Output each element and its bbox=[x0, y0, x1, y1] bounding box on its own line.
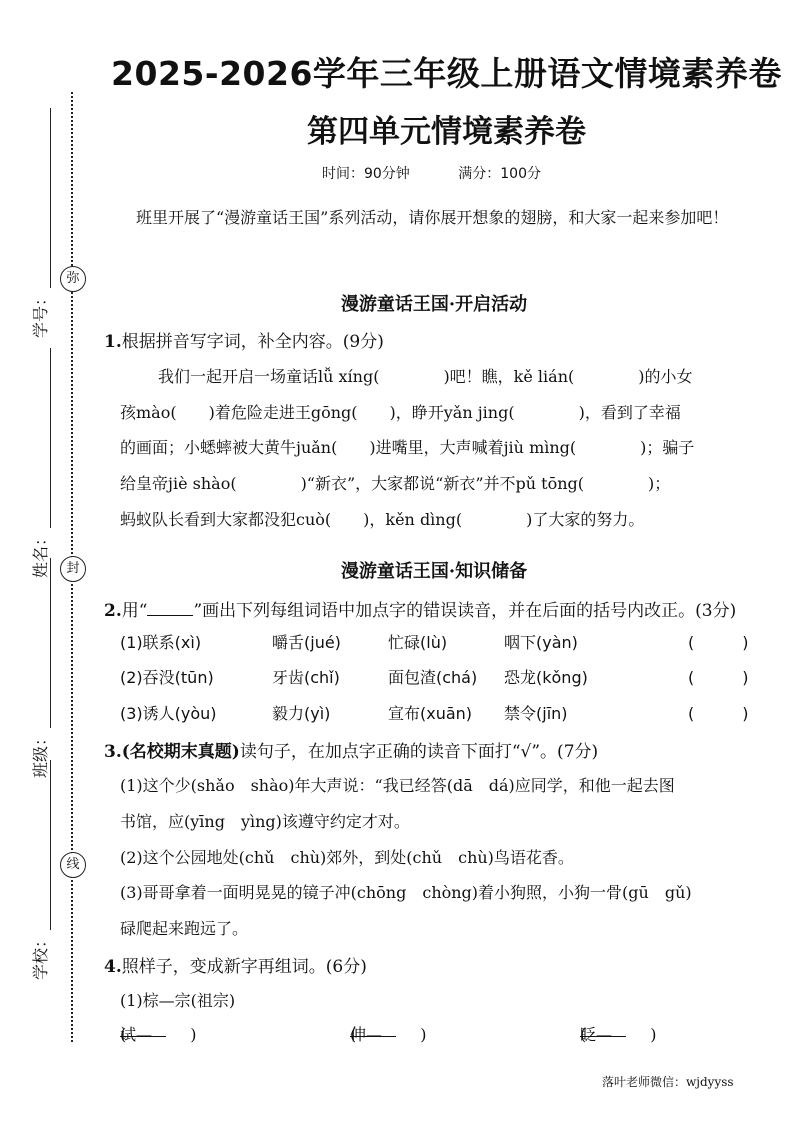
q2-item: (1)联系(xì) bbox=[120, 630, 201, 653]
q3-line: 碌爬起来跑远了。 bbox=[120, 916, 770, 939]
q2-item: (2)吞没(tūn) bbox=[120, 665, 214, 688]
q1-number: 1. bbox=[104, 332, 122, 352]
seal-mi: 弥 bbox=[60, 266, 86, 292]
student-id-field[interactable]: 学号： bbox=[28, 108, 51, 338]
seal-xian: 线 bbox=[60, 852, 86, 878]
q4-paren[interactable]: ( ) bbox=[580, 1022, 657, 1045]
q3-number: 3. bbox=[104, 742, 122, 762]
q2-item: 牙齿(chǐ) bbox=[272, 665, 340, 688]
q2-row: (1)联系(xì) 嚼舌(jué) 忙碌(lù) 咽下(yàn) ( ) bbox=[120, 630, 770, 660]
q2-row: (3)诱人(yòu) 毅力(yì) 宣布(xuān) 禁令(jīn) ( ) bbox=[120, 701, 770, 731]
q3-line: 书馆，应(yīng yìng)该遵守约定才对。 bbox=[120, 809, 770, 832]
q3-tag: (名校期末真题) bbox=[122, 742, 240, 762]
q1-line: 蚂蚁队长看到大家都没犯cuò( )，kěn dìng( )了大家的努力。 bbox=[120, 507, 770, 530]
school-blank[interactable] bbox=[36, 760, 51, 930]
student-id-blank[interactable] bbox=[36, 108, 51, 288]
q2-item: (3)诱人(yòu) bbox=[120, 701, 217, 724]
exam-title: 2025-2026学年三年级上册语文情境素养卷 bbox=[110, 48, 783, 95]
q1-line: 我们一起开启一场童话lǚ xíng( )吧！瞧，kě lián( )的小女 bbox=[158, 364, 793, 387]
q2-answer-blank[interactable]: ( ) bbox=[688, 665, 749, 688]
q4-items: 试—( ) 伸—( ) 眨—( ) bbox=[120, 1022, 770, 1052]
exam-subtitle: 第四单元情境素养卷 bbox=[110, 106, 783, 151]
exam-meta: 时间：90分钟 满分：100分 bbox=[0, 163, 793, 183]
exam-score: 满分：100分 bbox=[458, 166, 541, 182]
question-2: 2.用“”画出下列每组词语中加点字的错误读音，并在后面的括号内改正。(3分) bbox=[104, 596, 774, 621]
q3-line: (3)哥哥拿着一面明晃晃的镜子冲(chōng chòng)着小狗照，小狗一骨(g… bbox=[120, 880, 770, 903]
section-heading-start: 漫游童话王国·开启活动 bbox=[104, 290, 764, 316]
name-blank[interactable] bbox=[36, 348, 51, 528]
q2-row: (2)吞没(tūn) 牙齿(chǐ) 面包渣(chá) 恐龙(kǒng) ( ) bbox=[120, 665, 770, 695]
footer-contact: 落叶老师微信：wjdyyss bbox=[602, 1073, 734, 1090]
question-4: 4.照样子，变成新字再组词。(6分) bbox=[104, 952, 774, 977]
class-blank[interactable] bbox=[36, 558, 51, 728]
q4-paren[interactable]: ( ) bbox=[350, 1022, 427, 1045]
q2-item: 禁令(jīn) bbox=[504, 701, 568, 724]
school-label: 学校： bbox=[28, 932, 51, 980]
q2-answer-blank[interactable]: ( ) bbox=[688, 630, 749, 653]
school-field[interactable]: 学校： bbox=[28, 760, 51, 980]
q1-prompt: 根据拼音写字词，补全内容。(9分) bbox=[122, 332, 384, 352]
q2-prompt-pre: 用“ bbox=[122, 601, 148, 621]
q3-line: (2)这个公园地处(chǔ chù)郊外，到处(chǔ chù)鸟语花香。 bbox=[120, 845, 770, 868]
q2-item: 咽下(yàn) bbox=[504, 630, 578, 653]
q4-number: 4. bbox=[104, 957, 122, 977]
class-field[interactable]: 班级： bbox=[28, 558, 51, 778]
question-1: 1.根据拼音写字词，补全内容。(9分) bbox=[104, 327, 774, 352]
q2-item: 嚼舌(jué) bbox=[272, 630, 341, 653]
seal-feng: 封 bbox=[60, 556, 86, 582]
q3-line: (1)这个少(shǎo shào)年大声说：“我已经答(dā dá)应同学，和他… bbox=[120, 773, 770, 796]
exam-time: 时间：90分钟 bbox=[322, 166, 410, 182]
q4-example: (1)棕—宗(祖宗) bbox=[120, 988, 770, 1011]
question-3: 3.(名校期末真题)读句子，在加点字正确的读音下面打“√”。(7分) bbox=[104, 737, 774, 762]
q1-line: 的画面；小蟋蟀被大黄牛juǎn( )进嘴里，大声喊着jiù mìng( )；骗子 bbox=[120, 435, 770, 458]
q4-prompt: 照样子，变成新字再组词。(6分) bbox=[122, 957, 367, 977]
section-heading-knowledge: 漫游童话王国·知识储备 bbox=[104, 557, 764, 583]
q2-prompt-post: ”画出下列每组词语中加点字的错误读音，并在后面的括号内改正。(3分) bbox=[193, 601, 736, 621]
q2-item: 忙碌(lù) bbox=[388, 630, 447, 653]
intro-text: 班里开展了“漫游童话王国”系列活动，请你展开想象的翅膀，和大家一起来参加吧！ bbox=[104, 200, 764, 235]
underline-sample bbox=[147, 601, 193, 616]
q2-item: 毅力(yì) bbox=[272, 701, 330, 724]
q2-item: 宣布(xuān) bbox=[388, 701, 472, 724]
q2-answer-blank[interactable]: ( ) bbox=[688, 701, 749, 724]
name-field[interactable]: 姓名： bbox=[28, 348, 51, 578]
q2-number: 2. bbox=[104, 601, 122, 621]
q3-prompt: 读句子，在加点字正确的读音下面打“√”。(7分) bbox=[240, 742, 598, 762]
q2-item: 面包渣(chá) bbox=[388, 665, 477, 688]
student-id-label: 学号： bbox=[28, 290, 51, 338]
q1-line: 给皇帝jiè shào( )“新衣”，大家都说“新衣”并不pǔ tōng( )； bbox=[120, 471, 770, 494]
q2-item: 恐龙(kǒng) bbox=[504, 665, 588, 688]
q4-paren[interactable]: ( ) bbox=[120, 1022, 197, 1045]
q1-line: 孩mào( )着危险走进王gōng( )，睁开yǎn jing( )，看到了幸福 bbox=[120, 400, 770, 423]
